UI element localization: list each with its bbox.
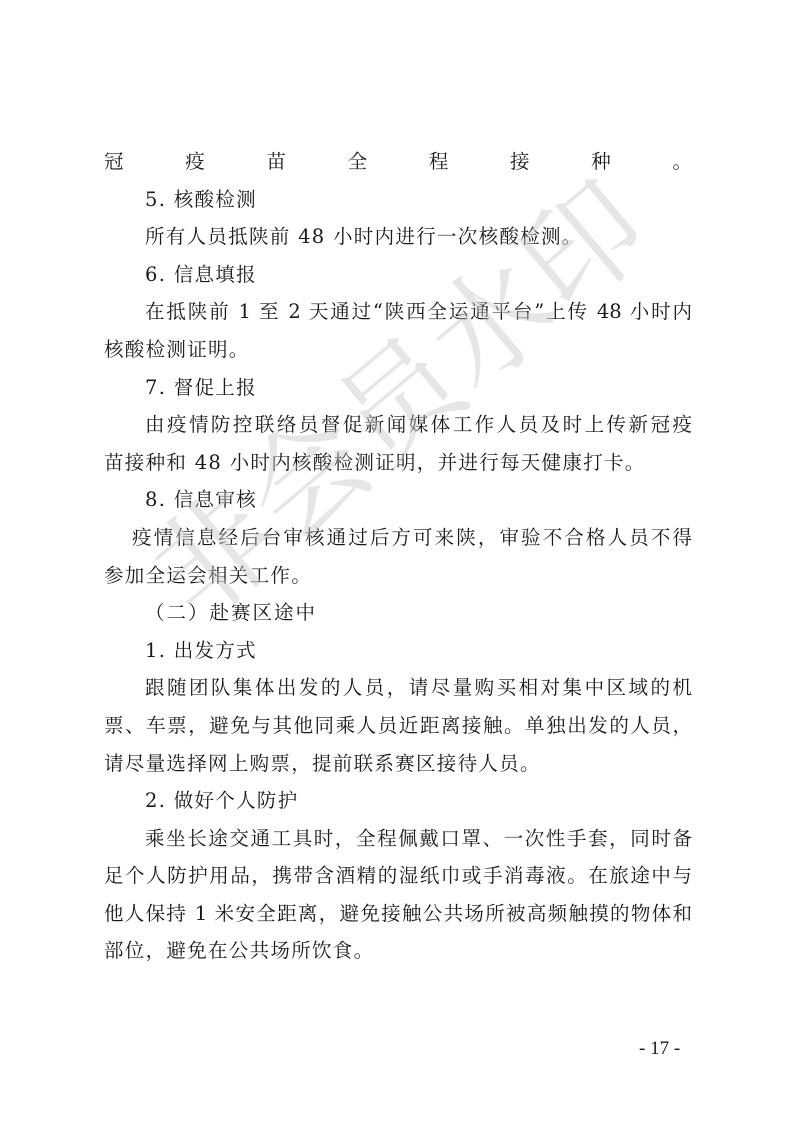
paragraph-line: 在抵陕前 1 至 2 天通过“陕西全运通平台”上传 48 小时内	[104, 293, 692, 331]
document-body: 冠疫苗全程接种。 5. 核酸检测 所有人员抵陕前 48 小时内进行一次核酸检测。…	[104, 143, 692, 970]
paragraph-line: 乘坐长途交通工具时，全程佩戴口罩、一次性手套，同时备	[104, 820, 692, 858]
section-heading-en-route: （二）赴赛区途中	[104, 594, 692, 632]
body-line: 票、车票，避免与其他同乘人员近距离接触。单独出发的人员，	[104, 707, 692, 745]
body-line: 核酸检测证明。	[104, 331, 692, 369]
body-line: 请尽量选择网上购票，提前联系赛区接待人员。	[104, 745, 692, 783]
item-heading-supervise-reporting: 7. 督促上报	[104, 369, 692, 407]
item-heading-departure-method: 1. 出发方式	[104, 632, 692, 670]
item-heading-personal-protection: 2. 做好个人防护	[104, 782, 692, 820]
paragraph-line: 跟随团队集体出发的人员，请尽量购买相对集中区域的机	[104, 669, 692, 707]
paragraph-line: 疫情信息经后台审核通过后方可来陕，审验不合格人员不得	[104, 519, 692, 557]
item-heading-info-review: 8. 信息审核	[104, 481, 692, 519]
body-line: 足个人防护用品，携带含酒精的湿纸巾或手消毒液。在旅途中与	[104, 857, 692, 895]
body-line: 苗接种和 48 小时内核酸检测证明，并进行每天健康打卡。	[104, 444, 692, 482]
page-number: - 17 -	[639, 1038, 680, 1060]
item-heading-info-reporting: 6. 信息填报	[104, 256, 692, 294]
paragraph-line: 所有人员抵陕前 48 小时内进行一次核酸检测。	[104, 218, 692, 256]
paragraph-line: 由疫情防控联络员督促新闻媒体工作人员及时上传新冠疫	[104, 406, 692, 444]
body-line: 他人保持 1 米安全距离，避免接触公共场所被高频触摸的物体和	[104, 895, 692, 933]
body-line: 参加全运会相关工作。	[104, 557, 692, 595]
item-heading-nucleic-acid-test: 5. 核酸检测	[104, 181, 692, 219]
body-line: 部位，避免在公共场所饮食。	[104, 932, 692, 970]
body-line: 冠疫苗全程接种。	[104, 143, 692, 181]
